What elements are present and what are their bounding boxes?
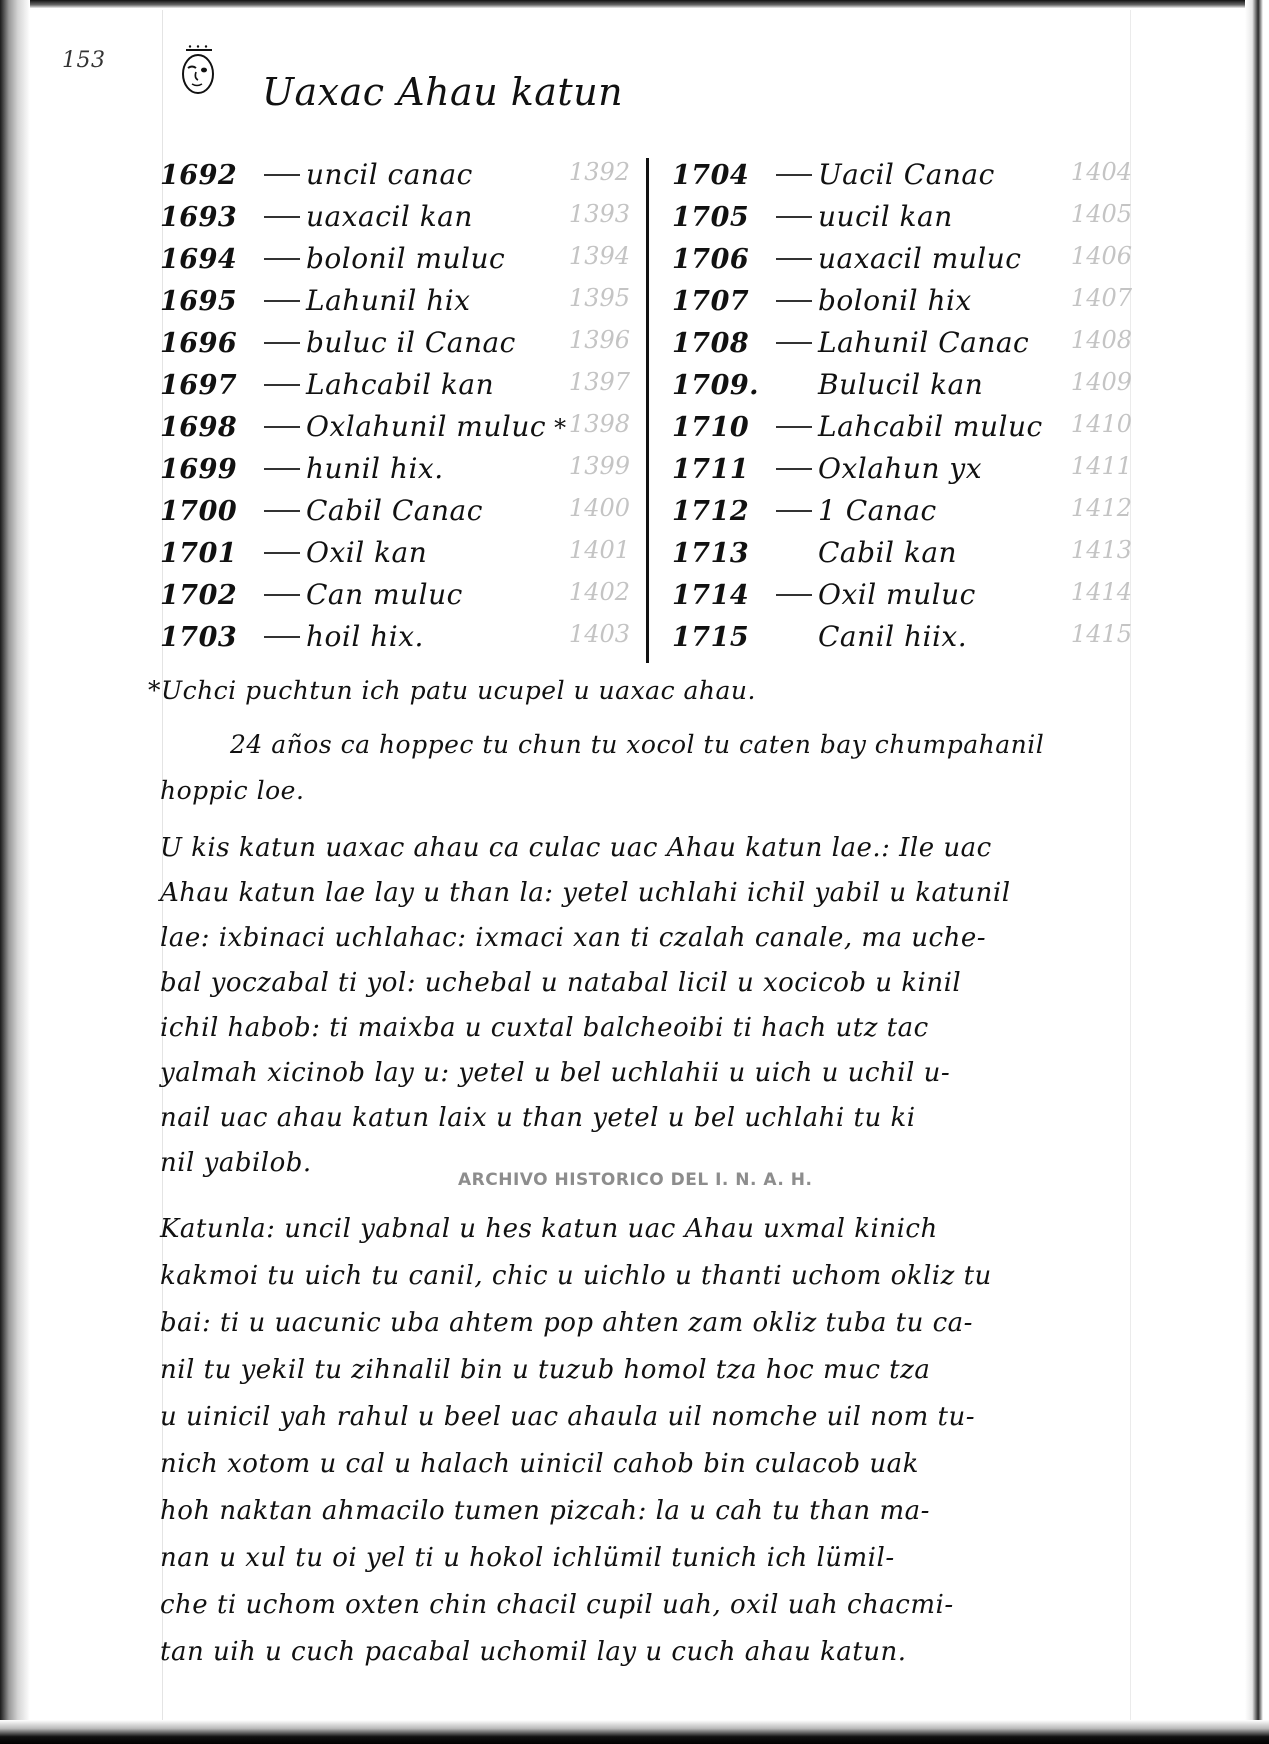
day-name: Can muluc — [306, 578, 463, 611]
text-line: bal yoczabal ti yol: uchebal u natabal l… — [160, 961, 1120, 1006]
table-row: 1708Lahunil Canac1408 — [672, 326, 1142, 368]
faint-year: 1412 — [1071, 494, 1132, 522]
year: 1708 — [672, 328, 776, 359]
year: 1702 — [160, 580, 264, 611]
faint-year: 1411 — [1071, 452, 1132, 480]
day-name: bolonil muluc — [306, 242, 505, 275]
faint-year: 1398 — [569, 410, 630, 438]
faint-year: 1409 — [1071, 368, 1132, 396]
faint-year: 1407 — [1071, 284, 1132, 312]
text-line: tan uih u cuch pacabal uchomil lay u cuc… — [160, 1629, 1120, 1676]
table-row: 1696buluc il Canac1396 — [160, 326, 640, 368]
text-line: hoh naktan ahmacilo tumen pizcah: la u c… — [160, 1488, 1120, 1535]
day-name: Lahcabil muluc — [818, 410, 1043, 443]
year: 1705 — [672, 202, 776, 233]
table-row: 1713Cabil kan1413 — [672, 536, 1142, 578]
faint-year: 1414 — [1071, 578, 1132, 606]
day-name: Oxlahunil muluc — [306, 410, 546, 443]
day-name: buluc il Canac — [306, 326, 516, 359]
crowned-face-glyph-icon — [178, 44, 218, 108]
scan-edge-right — [1245, 0, 1269, 1744]
table-row: 1705uucil kan1405 — [672, 200, 1142, 242]
text-line: u uinicil yah rahul u beel uac ahaula ui… — [160, 1394, 1120, 1441]
year: 1714 — [672, 580, 776, 611]
day-name: Cabil kan — [818, 536, 957, 569]
year: 1701 — [160, 538, 264, 569]
year: 1712 — [672, 496, 776, 527]
table-row: 1694bolonil muluc1394 — [160, 242, 640, 284]
faint-year: 1413 — [1071, 536, 1132, 564]
table-row: 1703hoil hix.1403 — [160, 620, 640, 662]
table-row: 1697Lahcabil kan1397 — [160, 368, 640, 410]
table-row: 1695Lahunil hix1395 — [160, 284, 640, 326]
table-row: 1704Uacil Canac1404 — [672, 158, 1142, 200]
year-table-left: 1692uncil canac1392 1693uaxacil kan1393 … — [160, 158, 640, 662]
faint-year: 1410 — [1071, 410, 1132, 438]
table-row: 1701Oxil kan1401 — [160, 536, 640, 578]
year: 1696 — [160, 328, 264, 359]
faint-year: 1402 — [569, 578, 630, 606]
faint-year: 1403 — [569, 620, 630, 648]
year: 1694 — [160, 244, 264, 275]
text-line: bai: ti u uacunic uba ahtem pop ahten za… — [160, 1300, 1120, 1347]
day-name: Oxlahun yx — [818, 452, 982, 485]
faint-year: 1399 — [569, 452, 630, 480]
year: 1695 — [160, 286, 264, 317]
year: 1707 — [672, 286, 776, 317]
day-name: Oxil muluc — [818, 578, 976, 611]
text-line: nail uac ahau katun laix u than yetel u … — [160, 1096, 1120, 1141]
faint-year: 1406 — [1071, 242, 1132, 270]
table-row: 1700Cabil Canac1400 — [160, 494, 640, 536]
text-line: U kis katun uaxac ahau ca culac uac Ahau… — [160, 826, 1120, 871]
year: 1704 — [672, 160, 776, 191]
faint-year: 1415 — [1071, 620, 1132, 648]
day-name: Cabil Canac — [306, 494, 483, 527]
year: 1700 — [160, 496, 264, 527]
day-name: Canil hiix. — [818, 620, 967, 653]
table-row: 1693uaxacil kan1393 — [160, 200, 640, 242]
table-row: 1709.Bulucil kan1409 — [672, 368, 1142, 410]
day-name: Uacil Canac — [818, 158, 995, 191]
text-line: Katunla: uncil yabnal u hes katun uac Ah… — [160, 1206, 1120, 1253]
text-line: yalmah xicinob lay u: yetel u bel uchlah… — [160, 1051, 1120, 1096]
manuscript-page: 153 Uaxac Ahau katun 1692uncil canac1392… — [0, 0, 1269, 1744]
faint-year: 1392 — [569, 158, 630, 186]
table-row: 1699hunil hix.1399 — [160, 452, 640, 494]
column-divider — [646, 158, 649, 663]
year: 1715 — [672, 622, 776, 653]
day-name: Lahunil hix — [306, 284, 470, 317]
year: 1693 — [160, 202, 264, 233]
day-name: uaxacil muluc — [818, 242, 1021, 275]
day-name: uncil canac — [306, 158, 473, 191]
archive-stamp: ARCHIVO HISTORICO DEL I. N. A. H. — [458, 1170, 812, 1190]
scan-edge-left — [0, 0, 30, 1744]
year: 1710 — [672, 412, 776, 443]
year: 1698 — [160, 412, 264, 443]
year: 1711 — [672, 454, 776, 485]
day-name: Lahunil Canac — [818, 326, 1029, 359]
text-line: Ahau katun lae lay u than la: yetel uchl… — [160, 871, 1120, 916]
day-name: hunil hix. — [306, 452, 444, 485]
faint-year: 1393 — [569, 200, 630, 228]
faint-year: 1401 — [569, 536, 630, 564]
day-name: hoil hix. — [306, 620, 424, 653]
day-name: Lahcabil kan — [306, 368, 494, 401]
day-name: uaxacil kan — [306, 200, 473, 233]
table-row: 1698Oxlahunil muluc*1398 — [160, 410, 640, 452]
faint-year: 1396 — [569, 326, 630, 354]
intro-paragraph: 24 años ca hoppec tu chun tu xocol tu ca… — [160, 722, 1120, 814]
body-paragraph-1: U kis katun uaxac ahau ca culac uac Ahau… — [160, 826, 1120, 1186]
day-name: Bulucil kan — [818, 368, 983, 401]
scan-edge-bottom — [0, 1720, 1269, 1744]
faint-year: 1394 — [569, 242, 630, 270]
text-line: che ti uchom oxten chin chacil cupil uah… — [160, 1582, 1120, 1629]
table-row: 17121 Canac1412 — [672, 494, 1142, 536]
year: 1697 — [160, 370, 264, 401]
table-row: 1711Oxlahun yx1411 — [672, 452, 1142, 494]
text-line: ichil habob: ti maixba u cuxtal balcheoi… — [160, 1006, 1120, 1051]
faint-year: 1404 — [1071, 158, 1132, 186]
text-line: kakmoi tu uich tu canil, chic u uichlo u… — [160, 1253, 1120, 1300]
table-row: 1702Can muluc1402 — [160, 578, 640, 620]
year: 1703 — [160, 622, 264, 653]
faint-year: 1397 — [569, 368, 630, 396]
year: 1709. — [672, 370, 776, 401]
day-name: 1 Canac — [818, 494, 937, 527]
table-row: 1710Lahcabil muluc1410 — [672, 410, 1142, 452]
day-name: bolonil hix — [818, 284, 972, 317]
table-row: 1692uncil canac1392 — [160, 158, 640, 200]
faint-year: 1400 — [569, 494, 630, 522]
day-name: Oxil kan — [306, 536, 427, 569]
year: 1706 — [672, 244, 776, 275]
faint-year: 1408 — [1071, 326, 1132, 354]
body-paragraph-2: Katunla: uncil yabnal u hes katun uac Ah… — [160, 1206, 1120, 1676]
table-row: 1706uaxacil muluc1406 — [672, 242, 1142, 284]
table-row: 1715Canil hiix.1415 — [672, 620, 1142, 662]
text-line: nich xotom u cal u halach uinicil cahob … — [160, 1441, 1120, 1488]
asterisk-mark: * — [554, 414, 567, 442]
year: 1699 — [160, 454, 264, 485]
page-title: Uaxac Ahau katun — [262, 70, 623, 114]
year: 1713 — [672, 538, 776, 569]
scan-edge-top — [8, 0, 1263, 8]
folio-number: 153 — [62, 48, 106, 73]
faint-year: 1395 — [569, 284, 630, 312]
day-name: uucil kan — [818, 200, 953, 233]
text-line: nan u xul tu oi yel ti u hokol ichlümil … — [160, 1535, 1120, 1582]
table-row: 1714Oxil muluc1414 — [672, 578, 1142, 620]
table-row: 1707bolonil hix1407 — [672, 284, 1142, 326]
footnote: *Uchci puchtun ich patu ucupel u uaxac a… — [148, 676, 756, 705]
faint-year: 1405 — [1071, 200, 1132, 228]
text-line: lae: ixbinaci uchlahac: ixmaci xan ti cz… — [160, 916, 1120, 961]
year: 1692 — [160, 160, 264, 191]
text-line: nil tu yekil tu zihnalil bin u tuzub hom… — [160, 1347, 1120, 1394]
year-table-right: 1704Uacil Canac1404 1705uucil kan1405 17… — [672, 158, 1142, 662]
